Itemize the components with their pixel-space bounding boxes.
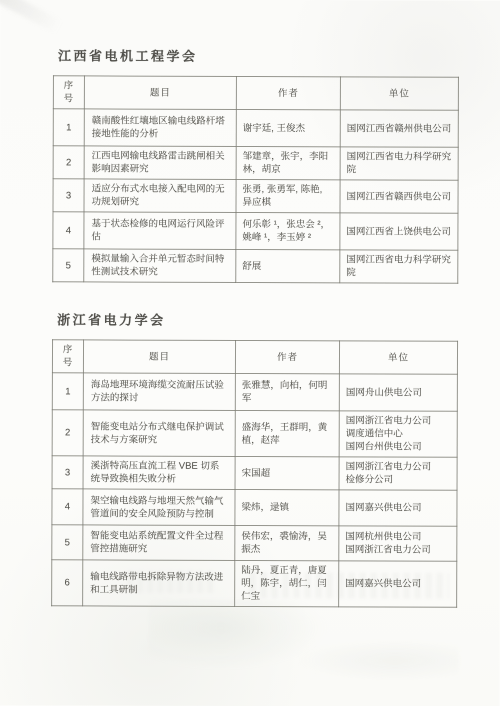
table-row: 1 赣南酸性红壤地区输电线路杆塔接地性能的分析 谢宇廷, 王俊杰 国网江西省赣州… [53,109,458,147]
paper-authors: 张勇, 张勇军, 陈艳, 异应棋 [236,179,340,212]
paper-unit: 国网浙江省电力公司 检修分公司 [339,457,457,490]
paper-authors: 何乐彰 ¹，张忠会 ²，姚峰 ¹，李玉婷 ² [236,212,340,249]
table-row: 2 江西电网输电线路雷击跳闸相关影响因素研究 邹建章，张宇，李阳林，胡京 国网江… [53,146,458,180]
paper-authors: 盛海华，王群明，黄植，赵萍 [235,410,339,456]
scan-smudge [299,640,459,681]
scan-smudge [0,0,76,41]
table-row: 4 基于状态检修的电网运行风险评估 何乐彰 ¹，张忠会 ²，姚峰 ¹，李玉婷 ²… [53,212,458,250]
row-number: 3 [53,179,84,212]
paper-title: 模拟量输入合并单元暂态时间特性测试技术研究 [84,249,236,283]
row-number: 2 [52,410,83,456]
table-header-row: 序号 题目 作者 单位 [53,76,458,110]
paper-unit: 国网江西省赣西供电公司 [340,180,458,213]
paper-title: 适应分布式水电接入配电网的无功规划研究 [84,179,236,213]
section-zhejiang-society: 浙江省电力学会 序号 题目 作者 单位 1 海岛地理环境海缆交流耐压试验方法的探… [51,309,457,607]
table-row: 4 架空输电线路与地埋天然气输气管道间的安全风险预防与控制 梁炜，逯镇 国网嘉兴… [52,489,457,526]
paper-unit: 国网江西省赣州供电公司 [340,110,458,147]
paper-unit: 国网浙江省电力公司 调度通信中心 国网台州供电公司 [339,411,457,457]
section-jiangxi-society: 江西省电机工程学会 序号 题目 作者 单位 1 赣南酸性红壤地区输电线路杆塔接地… [52,45,458,283]
scan-smudge [149,600,329,671]
column-header-title: 题目 [84,76,236,110]
row-number: 1 [53,109,84,146]
paper-authors: 邹建章，张宇，李阳林，胡京 [236,146,340,179]
paper-unit: 国网江西省电力科学研究院 [340,147,458,180]
paper-unit: 国网舟山供电公司 [339,374,457,411]
section-title: 浙江省电力学会 [57,309,457,329]
paper-title: 架空输电线路与地埋天然气输气管道间的安全风险预防与控制 [83,489,235,526]
row-number: 5 [52,525,83,560]
paper-unit: 国网嘉兴供电公司 [339,490,457,526]
column-header-no: 序号 [53,76,84,109]
column-header-authors: 作者 [236,76,340,109]
paper-unit: 国网嘉兴供电公司 [339,561,457,607]
paper-title: 基于状态检修的电网运行风险评估 [84,212,236,250]
row-number: 3 [52,456,83,489]
paper-unit: 国网江西省上饶供电公司 [340,213,458,250]
paper-title: 溪浙特高压直流工程 VBE 切系统导致换相失败分析 [83,456,235,490]
column-header-no: 序号 [52,340,83,373]
table-row: 2 智能变电站分布式继电保护调试技术与方案研究 盛海华，王群明，黄植，赵萍 国网… [52,410,457,457]
table-row: 3 适应分布式水电接入配电网的无功规划研究 张勇, 张勇军, 陈艳, 异应棋 国… [53,179,458,213]
papers-table-jiangxi: 序号 题目 作者 单位 1 赣南酸性红壤地区输电线路杆塔接地性能的分析 谢宇廷,… [52,75,459,283]
table-row: 3 溪浙特高压直流工程 VBE 切系统导致换相失败分析 宋国超 国网浙江省电力公… [52,456,457,490]
paper-authors: 舒展 [236,249,340,282]
table-row: 1 海岛地理环境海缆交流耐压试验方法的探讨 张雅慧，向柏，何明军 国网舟山供电公… [52,373,457,411]
paper-authors: 侯伟宏，裘愉涛，吴振杰 [235,525,339,560]
column-header-authors: 作者 [235,340,339,373]
column-header-title: 题目 [83,340,235,374]
paper-title: 江西电网输电线路雷击跳闸相关影响因素研究 [84,146,236,180]
paper-authors: 谢宇廷, 王俊杰 [236,109,340,146]
table-row: 5 模拟量输入合并单元暂态时间特性测试技术研究 舒展 国网江西省电力科学研究院 [53,249,458,283]
paper-unit: 国网江西省电力科学研究院 [340,250,458,283]
row-number: 6 [52,560,83,606]
row-number: 1 [52,373,83,410]
table-row: 5 智能变电站系统配置文件全过程管控措施研究 侯伟宏，裘愉涛，吴振杰 国网杭州供… [52,525,457,561]
paper-title: 赣南酸性红壤地区输电线路杆塔接地性能的分析 [84,109,236,147]
column-header-unit: 单位 [339,341,457,374]
paper-title: 智能变电站系统配置文件全过程管控措施研究 [83,525,235,561]
row-number: 2 [53,146,84,179]
table-header-row: 序号 题目 作者 单位 [52,340,457,374]
row-number: 4 [53,212,84,249]
row-number: 4 [52,489,83,525]
papers-table-zhejiang: 序号 题目 作者 单位 1 海岛地理环境海缆交流耐压试验方法的探讨 张雅慧，向柏… [51,339,458,607]
scanned-page: 江西省电机工程学会 序号 题目 作者 单位 1 赣南酸性红壤地区输电线路杆塔接地… [0,0,500,706]
paper-title: 输电线路带电拆除异物方法改进和工具研制 [83,560,235,607]
row-number: 5 [53,249,84,282]
section-title: 江西省电机工程学会 [58,45,458,65]
table-row: 6 输电线路带电拆除异物方法改进和工具研制 陆丹，夏正青，唐夏明，陈宇，胡仁，闫… [52,560,457,607]
paper-title: 智能变电站分布式继电保护调试技术与方案研究 [83,410,235,457]
paper-authors: 陆丹，夏正青，唐夏明，陈宇，胡仁，闫仁宝 [235,560,339,606]
paper-title: 海岛地理环境海缆交流耐压试验方法的探讨 [83,373,235,411]
paper-authors: 宋国超 [235,456,339,489]
paper-unit: 国网杭州供电公司 国网浙江省电力公司 [339,526,457,561]
paper-authors: 梁炜，逯镇 [235,489,339,525]
column-header-unit: 单位 [340,77,458,110]
paper-authors: 张雅慧，向柏，何明军 [235,373,339,410]
